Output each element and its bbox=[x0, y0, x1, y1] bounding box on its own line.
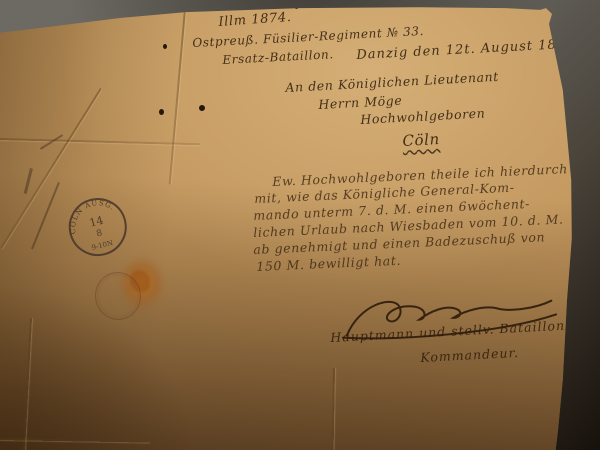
address-city: Cöln bbox=[402, 130, 440, 150]
pencil-mark bbox=[24, 168, 33, 194]
battalion-line: Ersatz-Bataillon. bbox=[222, 47, 334, 67]
signer-title-line-2: Kommandeur. bbox=[420, 345, 519, 365]
ink-spot bbox=[159, 109, 164, 115]
document-photo: CÖLN AUSG. 14 8 9-10N Illm 1874. Ostpreu… bbox=[0, 0, 600, 450]
crease-bottom-vertical bbox=[332, 368, 335, 450]
postmark-stamp: CÖLN AUSG. 14 8 9-10N bbox=[56, 188, 140, 269]
crease-left-bottom-vertical bbox=[23, 318, 32, 450]
dateline: Danzig den 12t. August 1874. bbox=[356, 36, 581, 63]
crease-left-horizontal bbox=[0, 138, 200, 145]
postmark-day: 14 bbox=[88, 214, 105, 230]
ink-spot bbox=[199, 105, 205, 111]
letter-paper: CÖLN AUSG. 14 8 9-10N Illm 1874. Ostpreu… bbox=[0, 0, 600, 450]
address-line-2: Herrn Möge bbox=[318, 93, 403, 112]
crease-top-vertical bbox=[169, 9, 186, 185]
registry-note: Illm 1874. bbox=[218, 10, 292, 30]
postmark-time: 9-10N bbox=[91, 239, 114, 252]
ink-spot bbox=[163, 44, 167, 49]
address-line-1: An den Königlichen Lieutenant bbox=[285, 69, 499, 95]
postmark-month: 8 bbox=[95, 228, 103, 239]
pencil-mark bbox=[40, 134, 63, 149]
